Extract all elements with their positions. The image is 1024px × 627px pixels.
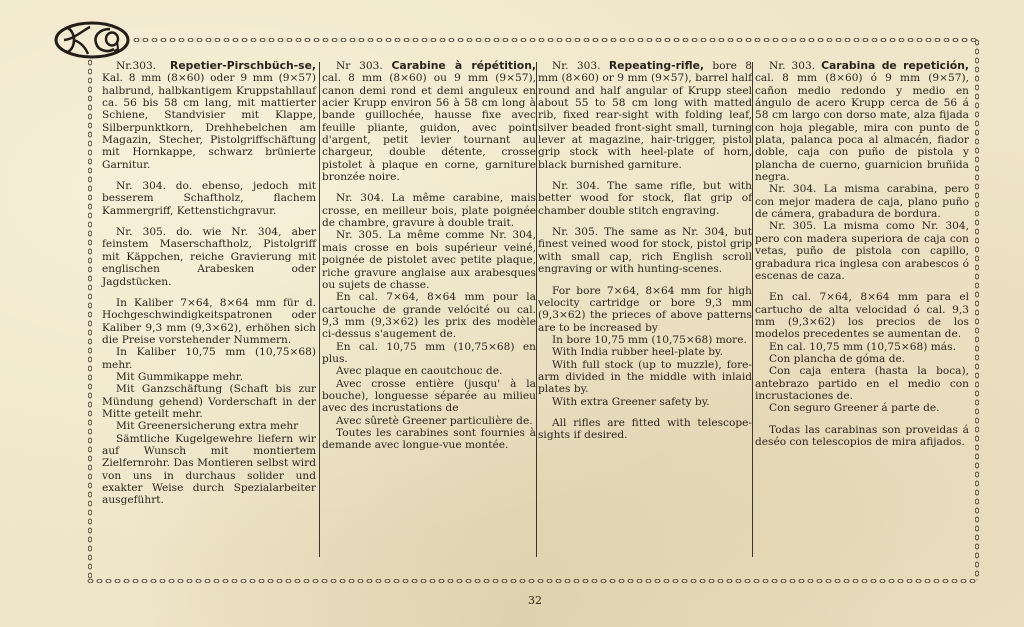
item-text: Avec crosse entière (jusqu' à la bouche)… — [322, 378, 536, 415]
product-entry: Con caja entera (hasta la boca), antebra… — [755, 365, 969, 402]
product-entry: Nr. 304. La misma carabina, pero con mej… — [755, 183, 969, 220]
product-entry: En cal. 10,75 mm (10,75×68) en plus. — [322, 341, 536, 366]
item-text: En cal. 10,75 mm (10,75×68) más. — [769, 341, 956, 353]
product-entry: Con plancha de góma de. — [755, 353, 969, 365]
item-title: Carabina de repetición, — [821, 59, 969, 72]
item-text: Mit Ganzschäftung (Schaft bis zur Mündun… — [102, 383, 316, 420]
item-text: cal. 8 mm (8×60) ou 9 mm (9×57), canon d… — [322, 72, 536, 183]
product-entry: Nr. 304. do. ebenso, jedoch mit besserem… — [102, 180, 316, 217]
product-entry: In bore 10,75 mm (10,75×68) more. — [538, 334, 752, 346]
item-text: En cal. 10,75 mm (10,75×68) en plus. — [322, 341, 536, 365]
product-entry: Nr. 304. The same rifle, but with better… — [538, 180, 752, 217]
item-title: Repeating-rifle, — [609, 59, 704, 72]
item-text: cal. 8 mm (8×60) ó 9 mm (9×57), cañon me… — [755, 72, 969, 183]
item-text: For bore 7×64, 8×64 mm for high velocity… — [538, 285, 752, 334]
product-entry: En cal. 7×64, 8×64 mm pour la cartouche … — [322, 291, 536, 340]
product-entry: Nr. 305. La même comme Nr. 304, mais cro… — [322, 229, 536, 291]
item-text: Con plancha de góma de. — [769, 353, 905, 365]
page-number: 32 — [0, 594, 1024, 607]
product-entry: Mit Gummikappe mehr. — [102, 371, 316, 383]
product-entry-heading: Nr.303. Repetier-Pirschbüch-se, Kal. 8 m… — [102, 60, 316, 171]
column-german: Nr.303. Repetier-Pirschbüch-se, Kal. 8 m… — [102, 60, 316, 507]
item-text: In bore 10,75 mm (10,75×68) more. — [552, 334, 747, 346]
item-title: Carabine à répétition, — [391, 59, 536, 72]
item-text: Mit Gummikappe mehr. — [116, 371, 243, 383]
item-text: En cal. 7×64, 8×64 mm para el cartucho d… — [755, 291, 969, 340]
product-entry: Toutes les carabines sont fournies à dem… — [322, 427, 536, 452]
item-text: Nr. 305. The same as Nr. 304, but finest… — [538, 226, 752, 275]
product-entry: Nr. 305. do. wie Nr. 304, aber feinstem … — [102, 226, 316, 288]
product-entry: For bore 7×64, 8×64 mm for high velocity… — [538, 285, 752, 334]
item-text: Avec plaque en caoutchouc de. — [336, 365, 502, 377]
item-text: In Kaliber 7×64, 8×64 mm für d. Hochgesc… — [102, 297, 316, 346]
item-number: Nr. 303. — [769, 60, 821, 72]
product-entry: En cal. 10,75 mm (10,75×68) más. — [755, 341, 969, 353]
product-entry-heading: Nr. 303. Carabina de repetición, cal. 8 … — [755, 60, 969, 183]
item-text: Avec sûretè Greener particulière de. — [336, 415, 533, 427]
column-french: Nr 303. Carabine à répétition, cal. 8 mm… — [322, 60, 536, 452]
border-right-ornament — [973, 38, 981, 580]
product-entry: All rifles are fitted with telescope-sig… — [538, 417, 752, 442]
product-entry-heading: Nr. 303. Repeating-rifle, bore 8 mm (8×6… — [538, 60, 752, 171]
product-entry: Nr. 305. The same as Nr. 304, but finest… — [538, 226, 752, 275]
item-text: Nr. 305. La misma como Nr. 304, pero con… — [755, 220, 969, 281]
item-text: Kal. 8 mm (8×60) oder 9 mm (9×57) halbru… — [102, 72, 316, 170]
column-divider — [536, 62, 537, 557]
item-text: Nr. 305. La même comme Nr. 304, mais cro… — [322, 229, 536, 290]
product-entry: Todas las carabinas son proveidas á desé… — [755, 424, 969, 449]
item-number: Nr. 303. — [552, 60, 609, 72]
kc-monogram-logo — [54, 21, 130, 59]
item-text: Nr. 304. La même carabine, mais crosse, … — [322, 192, 536, 229]
item-text: Con caja entera (hasta la boca), antebra… — [755, 365, 969, 402]
column-divider — [752, 62, 753, 557]
product-entry: Sämtliche Kugelgewehre liefern wir auf W… — [102, 433, 316, 507]
item-title: Repetier-Pirschbüch-se, — [170, 59, 316, 72]
product-entry: With extra Greener safety by. — [538, 396, 752, 408]
item-text: Todas las carabinas son proveidas á desé… — [755, 424, 969, 448]
product-entry: Nr. 305. La misma como Nr. 304, pero con… — [755, 220, 969, 282]
item-text: Nr. 305. do. wie Nr. 304, aber feinstem … — [102, 226, 316, 287]
item-text: Mit Greenersicherung extra mehr — [116, 420, 298, 432]
item-text: All rifles are fitted with telescope-sig… — [538, 417, 752, 441]
column-spanish: Nr. 303. Carabina de repetición, cal. 8 … — [755, 60, 969, 448]
product-entry: In Kaliber 10,75 mm (10,75×68) mehr. — [102, 346, 316, 371]
item-text: Nr. 304. do. ebenso, jedoch mit besserem… — [102, 180, 316, 217]
item-text: Toutes les carabines sont fournies à dem… — [322, 427, 536, 451]
product-entry: In Kaliber 7×64, 8×64 mm für d. Hochgesc… — [102, 297, 316, 346]
item-text: In Kaliber 10,75 mm (10,75×68) mehr. — [102, 346, 316, 370]
item-text: Nr. 304. La misma carabina, pero con mej… — [755, 183, 969, 220]
border-top-ornament — [132, 36, 978, 44]
item-text: Con seguro Greener á parte de. — [769, 402, 940, 414]
product-entry: Avec sûretè Greener particulière de. — [322, 415, 536, 427]
item-text: bore 8 mm (8×60) or 9 mm (9×57), barrel … — [538, 60, 752, 171]
column-divider — [319, 62, 320, 557]
product-entry: En cal. 7×64, 8×64 mm para el cartucho d… — [755, 291, 969, 340]
product-entry: Avec plaque en caoutchouc de. — [322, 365, 536, 377]
item-text: With full stock (up to muzzle), fore-arm… — [538, 359, 752, 396]
border-left-ornament — [86, 58, 94, 580]
product-entry-heading: Nr 303. Carabine à répétition, cal. 8 mm… — [322, 60, 536, 183]
item-text: Sämtliche Kugelgewehre liefern wir auf W… — [102, 433, 316, 507]
item-text: En cal. 7×64, 8×64 mm pour la cartouche … — [322, 291, 536, 340]
product-entry: With full stock (up to muzzle), fore-arm… — [538, 359, 752, 396]
item-number: Nr 303. — [336, 60, 391, 72]
product-entry: With India rubber heel-plate by. — [538, 346, 752, 358]
product-entry: Con seguro Greener á parte de. — [755, 402, 969, 414]
border-bottom-ornament — [86, 577, 978, 585]
product-entry: Nr. 304. La même carabine, mais crosse, … — [322, 192, 536, 229]
item-text: With extra Greener safety by. — [552, 396, 710, 408]
item-number: Nr.303. — [116, 60, 170, 72]
column-english: Nr. 303. Repeating-rifle, bore 8 mm (8×6… — [538, 60, 752, 442]
item-text: With India rubber heel-plate by. — [552, 346, 723, 358]
product-entry: Avec crosse entière (jusqu' à la bouche)… — [322, 378, 536, 415]
item-text: Nr. 304. The same rifle, but with better… — [538, 180, 752, 217]
product-entry: Mit Greenersicherung extra mehr — [102, 420, 316, 432]
product-entry: Mit Ganzschäftung (Schaft bis zur Mündun… — [102, 383, 316, 420]
